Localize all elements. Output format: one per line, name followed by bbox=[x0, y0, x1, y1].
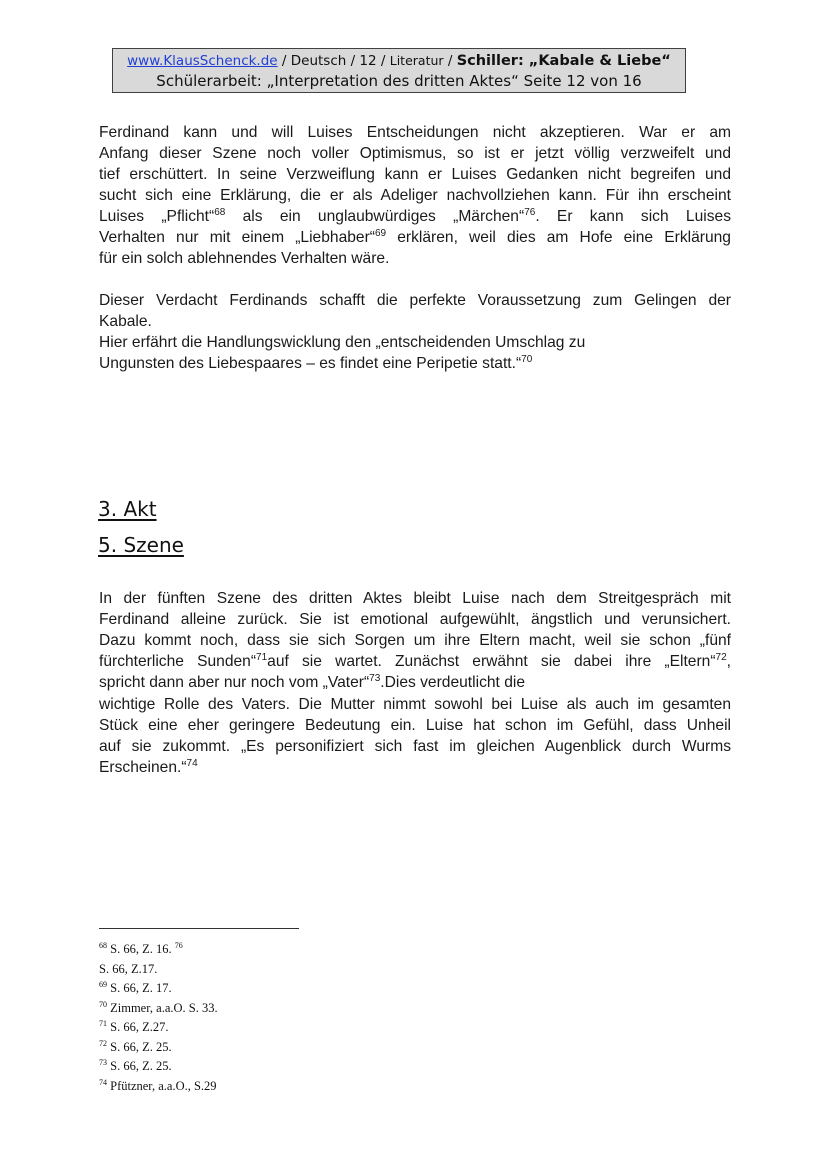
paragraph-ferdinand: Ferdinand kann und will Luises Entscheid… bbox=[99, 122, 731, 269]
breadcrumb-path: / Deutsch / 12 / bbox=[278, 53, 390, 69]
text-line: Ungunsten des Liebespaares – es findet e… bbox=[99, 353, 731, 374]
text-line: fürchterliche Sunden“71auf sie wartet. Z… bbox=[99, 651, 731, 672]
footnote-text: S. 66, Z. 25. bbox=[107, 1040, 172, 1054]
text-line: Anfang dieser Szene noch voller Optimism… bbox=[99, 143, 731, 164]
breadcrumb-sep: / bbox=[444, 53, 457, 69]
footnote-text: Pfützner, a.a.O., S.29 bbox=[107, 1079, 217, 1093]
text-line: Luises „Pflicht“68 als ein unglaubwürdig… bbox=[99, 206, 731, 227]
text-run: Verhalten nur mit einem „Liebhaber“ bbox=[99, 229, 375, 246]
footnote-item: 71 S. 66, Z.27. bbox=[99, 1018, 218, 1038]
header-breadcrumb: www.KlausSchenck.de / Deutsch / 12 / Lit… bbox=[113, 51, 685, 71]
text-line: Stück eine eher geringere Bedeutung ein.… bbox=[99, 715, 731, 736]
text-run: , bbox=[727, 653, 731, 670]
footnote-text: S. 66, Z. 25. bbox=[107, 1059, 172, 1073]
text-run: Erscheinen.“ bbox=[99, 759, 187, 776]
footnote-number: 69 bbox=[99, 980, 107, 989]
footnote-ref[interactable]: 70 bbox=[521, 354, 532, 365]
text-line: Kabale. bbox=[99, 311, 731, 332]
footnote-number: 72 bbox=[99, 1039, 107, 1048]
text-run: .Dies verdeutlicht die bbox=[380, 674, 525, 691]
footnote-item: 74 Pfützner, a.a.O., S.29 bbox=[99, 1077, 218, 1097]
text-line: Hier erfährt die Handlungswicklung den „… bbox=[99, 332, 731, 353]
paragraph-kabale: Dieser Verdacht Ferdinands schafft die p… bbox=[99, 290, 731, 374]
footnote-item: 69 S. 66, Z. 17. bbox=[99, 979, 218, 999]
text-run: Ungunsten des Liebespaares – es findet e… bbox=[99, 355, 521, 372]
footnote-number: 68 bbox=[99, 941, 107, 950]
breadcrumb-literature: Literatur bbox=[390, 53, 444, 68]
text-line: Ferdinand alleine zurück. Sie ist emotio… bbox=[99, 609, 731, 630]
footnote-text: Zimmer, a.a.O. S. 33. bbox=[107, 1001, 218, 1015]
footnote-number: 70 bbox=[99, 1000, 107, 1009]
footnote-item: 72 S. 66, Z. 25. bbox=[99, 1038, 218, 1058]
text-line: Dazu kommt noch, dass sie sich Sorgen um… bbox=[99, 630, 731, 651]
footnote-item: S. 66, Z.17. bbox=[99, 960, 218, 980]
text-line: Verhalten nur mit einem „Liebhaber“69 er… bbox=[99, 227, 731, 248]
site-link[interactable]: www.KlausSchenck.de bbox=[127, 53, 277, 69]
footnote-ref[interactable]: 71 bbox=[256, 652, 267, 663]
heading-act: 3. Akt bbox=[98, 497, 157, 521]
footnote-text: S. 66, Z. 17. bbox=[107, 981, 172, 995]
footnote-number: 76 bbox=[175, 941, 183, 950]
text-run: als ein unglaubwürdiges „Märchen“ bbox=[225, 208, 524, 225]
text-line: sucht sich eine Erklärung, die er als Ad… bbox=[99, 185, 731, 206]
footnote-ref[interactable]: 69 bbox=[375, 228, 386, 239]
footnote-ref[interactable]: 72 bbox=[716, 652, 727, 663]
text-run: fürchterliche Sunden“ bbox=[99, 653, 256, 670]
footnote-separator bbox=[99, 928, 299, 929]
footnote-ref[interactable]: 74 bbox=[187, 758, 198, 769]
footnote-ref[interactable]: 76 bbox=[524, 207, 535, 218]
heading-scene: 5. Szene bbox=[98, 533, 184, 557]
text-line: auf sie zukommt. „Es personifiziert sich… bbox=[99, 736, 731, 757]
footnote-item: 73 S. 66, Z. 25. bbox=[99, 1057, 218, 1077]
paragraph-scene5: In der fünften Szene des dritten Aktes b… bbox=[99, 588, 731, 693]
text-run: spricht dann aber nur noch vom „Vater“ bbox=[99, 674, 369, 691]
text-line: Dieser Verdacht Ferdinands schafft die p… bbox=[99, 290, 731, 311]
footnote-number: 74 bbox=[99, 1078, 107, 1087]
text-run: erklären, weil dies am Hofe eine Erkläru… bbox=[386, 229, 731, 246]
text-run: . Er kann sich Luises bbox=[535, 208, 731, 225]
footnote-number: 73 bbox=[99, 1058, 107, 1067]
page-header: www.KlausSchenck.de / Deutsch / 12 / Lit… bbox=[112, 48, 686, 93]
header-subtitle: Schülerarbeit: „Interpretation des dritt… bbox=[113, 71, 685, 92]
text-line: In der fünften Szene des dritten Aktes b… bbox=[99, 588, 731, 609]
footnote-text: S. 66, Z.27. bbox=[107, 1020, 168, 1034]
text-line: für ein solch ablehnendes Verhalten wäre… bbox=[99, 248, 731, 269]
footnote-number: 71 bbox=[99, 1019, 107, 1028]
text-run: Luises „Pflicht“ bbox=[99, 208, 214, 225]
text-line: wichtige Rolle des Vaters. Die Mutter ni… bbox=[99, 694, 731, 715]
footnote-text: S. 66, Z.17. bbox=[99, 962, 157, 976]
paragraph-scene5-cont: wichtige Rolle des Vaters. Die Mutter ni… bbox=[99, 694, 731, 778]
footnote-text: S. 66, Z. 16. bbox=[107, 942, 175, 956]
text-line: tief erschüttert. In seine Verzweiflung … bbox=[99, 164, 731, 185]
footnote-item: 68 S. 66, Z. 16. 76 bbox=[99, 940, 218, 960]
footnote-ref[interactable]: 73 bbox=[369, 673, 380, 684]
text-run: auf sie wartet. Zunächst erwähnt sie dab… bbox=[267, 653, 715, 670]
text-line: Erscheinen.“74 bbox=[99, 757, 731, 778]
text-line: spricht dann aber nur noch vom „Vater“73… bbox=[99, 672, 731, 693]
footnote-ref[interactable]: 68 bbox=[214, 207, 225, 218]
header-title: Schiller: „Kabale & Liebe“ bbox=[457, 53, 671, 69]
text-line: Ferdinand kann und will Luises Entscheid… bbox=[99, 122, 731, 143]
footnotes: 68 S. 66, Z. 16. 76 S. 66, Z.17. 69 S. 6… bbox=[99, 940, 218, 1096]
footnote-item: 70 Zimmer, a.a.O. S. 33. bbox=[99, 999, 218, 1019]
